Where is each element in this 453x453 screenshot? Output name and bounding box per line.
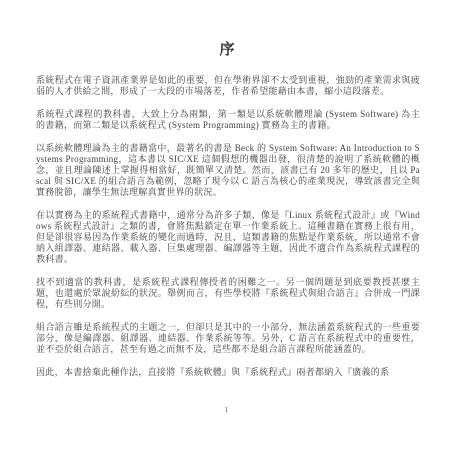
paragraph: 系統程式在電子資訊產業界是如此的重要，但在學術界卻不太受到重視，強勁的產業需求與… [36, 75, 420, 97]
paragraph: 找不到適當的教科書，是系統程式課程傳授者的困難之一。另一個問題是到底要教授甚麼主… [36, 277, 420, 310]
paragraph: 系統程式課程的教科書，大致上分為兩類，第一類是以系統軟體理論 (System S… [36, 109, 420, 131]
paragraph: 以系統軟體理論為主的書籍當中，最著名的書是 Beck 的 System Soft… [36, 143, 420, 198]
page-title: 序 [36, 38, 420, 59]
document-page: 序 系統程式在電子資訊產業界是如此的重要，但在學術界卻不太受到重視，強勁的產業需… [0, 0, 453, 453]
paragraph: 在以實務為主的系統程式書籍中，通常分為許多子類，像是『Linux 系統程式設計』… [36, 210, 420, 265]
paragraph: 因此，本書捨棄此種作法，直接將『系統軟體』與『系統程式』兩者都納入『廣義的系 [36, 367, 420, 378]
page-content: 序 系統程式在電子資訊產業界是如此的重要，但在學術界卻不太受到重視，強勁的產業需… [36, 0, 420, 378]
page-number: 1 [0, 406, 453, 414]
paragraph: 組合語言雖是系統程式的主題之一，但卻只是其中的一小部分，無法涵蓋系統程式的一些重… [36, 322, 420, 355]
